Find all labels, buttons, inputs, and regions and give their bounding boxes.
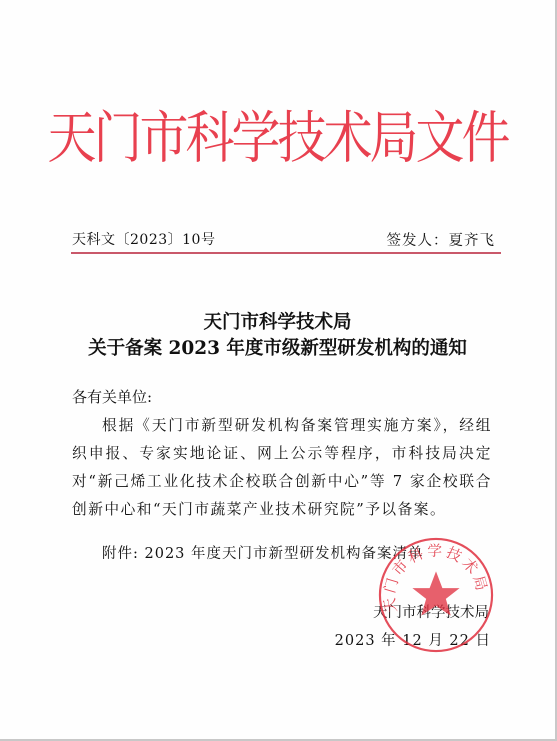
document-header-title: 天门市科学技术局文件 (0, 104, 555, 173)
document-page: 天门市科学技术局文件 天科文〔2023〕10号 签发人：夏齐飞 天门市科学技术局… (0, 0, 557, 741)
document-number: 天科文〔2023〕10号 (72, 229, 215, 249)
signer-label: 签发人：夏齐飞 (387, 229, 496, 250)
notice-title-line1: 天门市科学技术局 (0, 308, 555, 334)
notice-body: 根据《天门市新型研发机构备案管理实施方案》，经组织申报、专家实地论证、网上公示等… (72, 412, 492, 524)
notice-title-line2: 关于备案 2023 年度市级新型研发机构的通知 (0, 334, 555, 360)
attachment-line: 附件: 2023 年度天门市新型研发机构备案清单 (102, 542, 424, 563)
star-icon (412, 571, 459, 615)
header-divider (71, 252, 501, 254)
official-seal: 天门市科学技术局 (377, 536, 495, 654)
salutation: 各有关单位: (72, 386, 152, 407)
